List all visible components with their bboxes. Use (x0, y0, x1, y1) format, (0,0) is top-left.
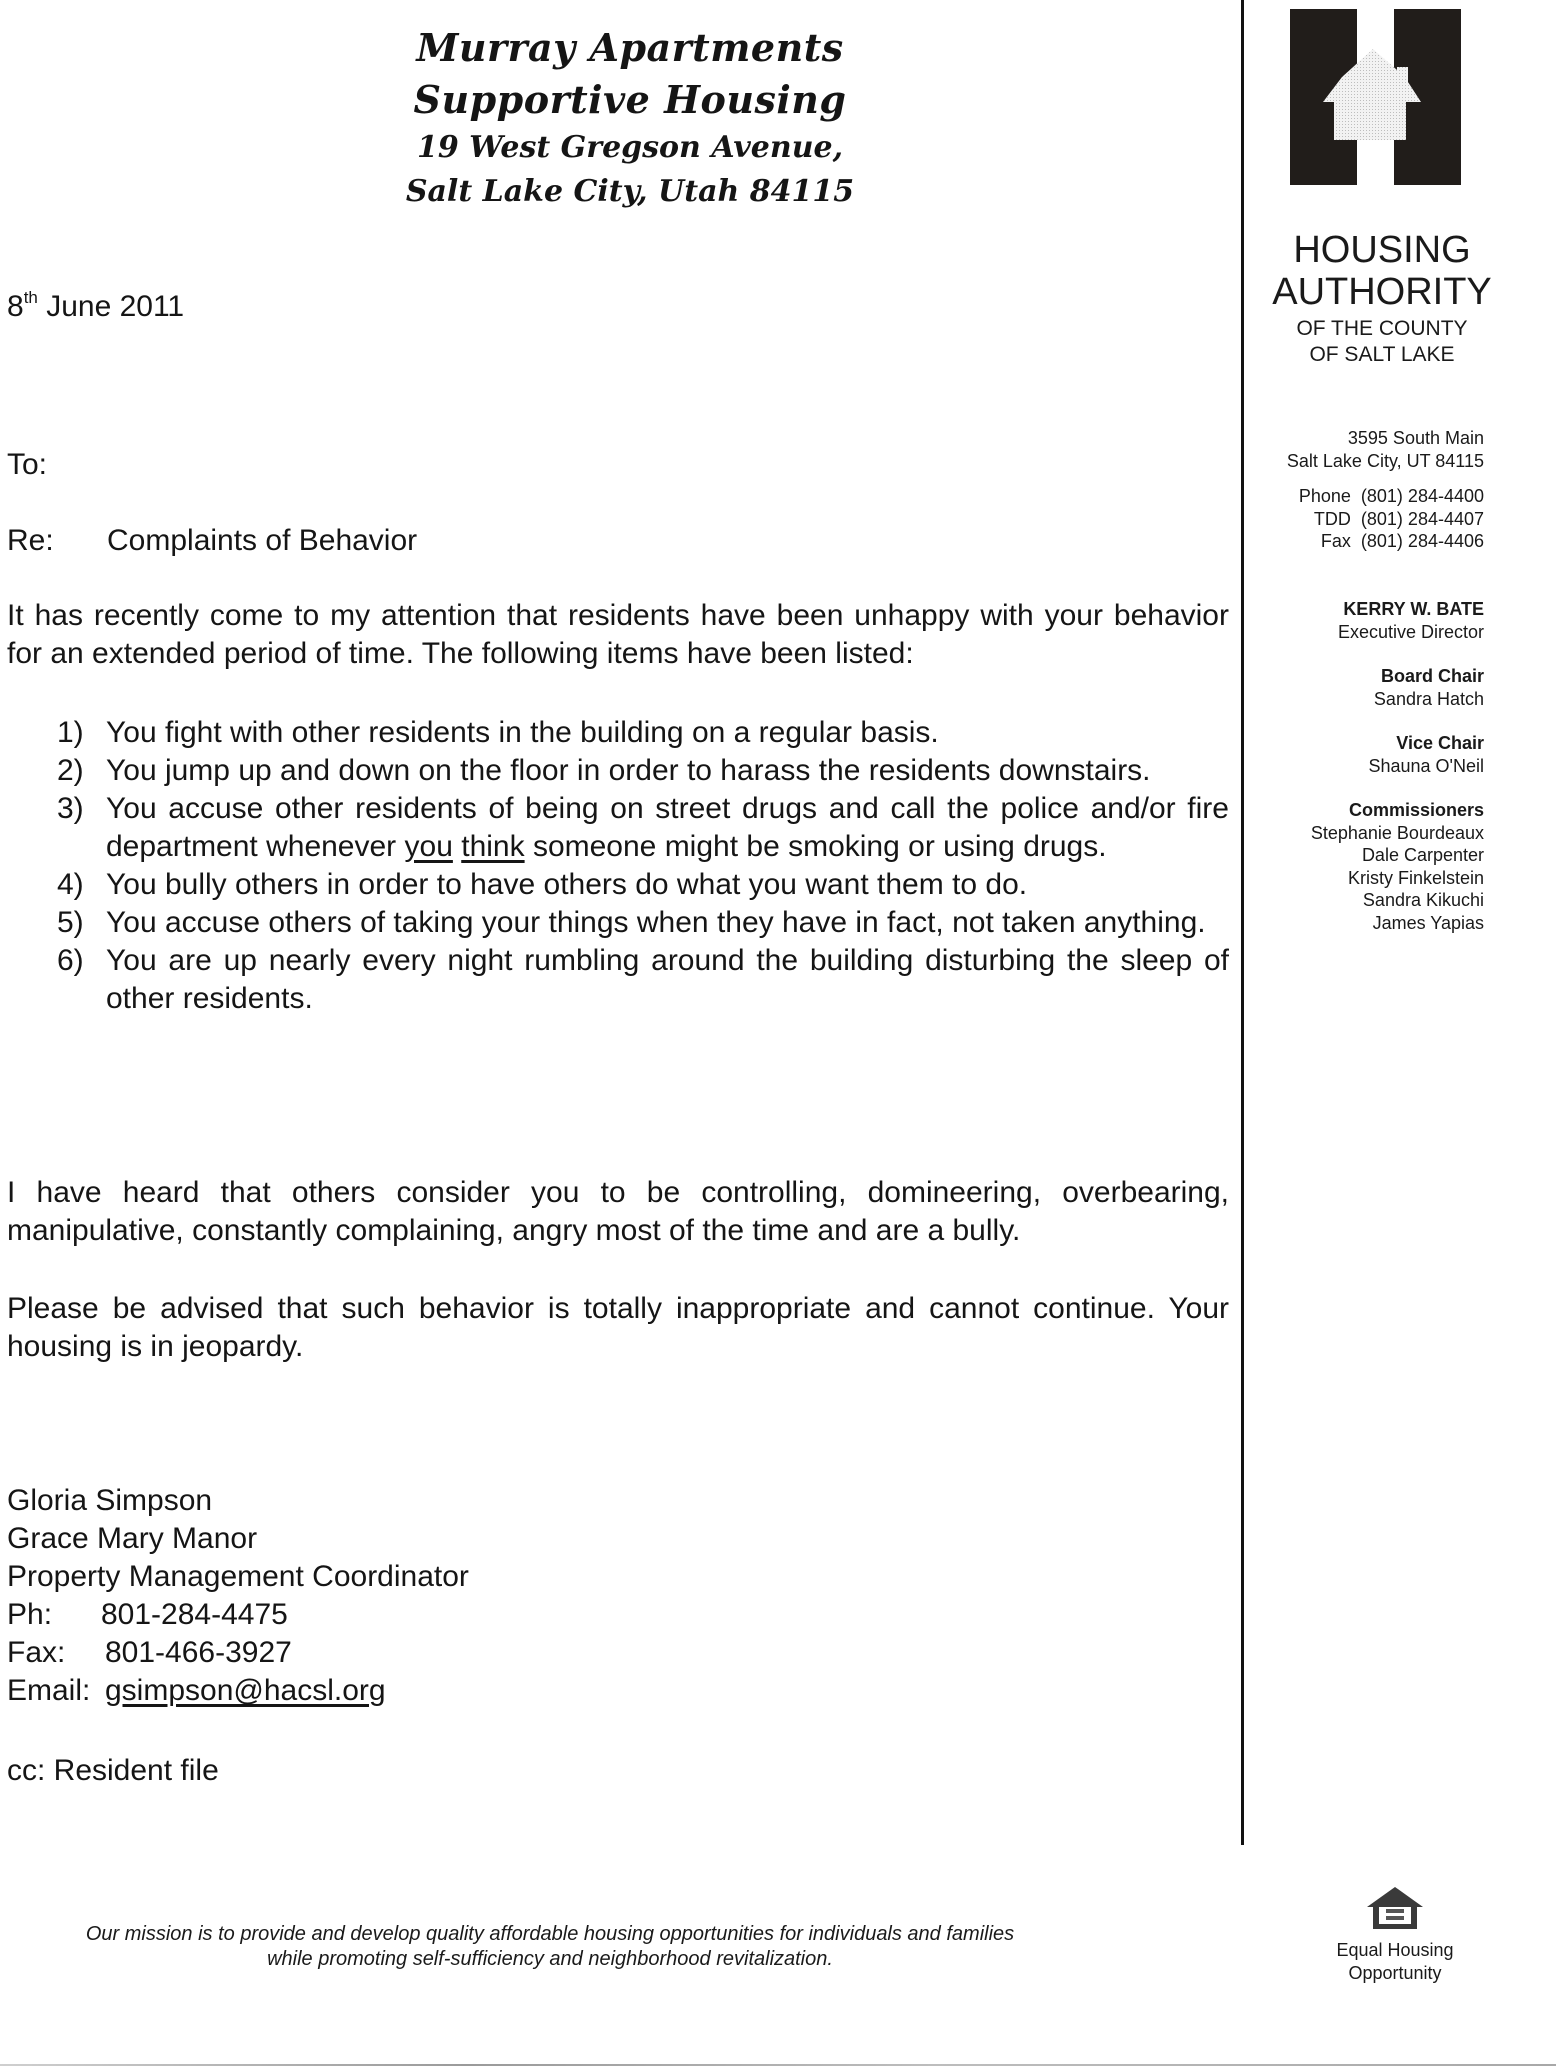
complaints-list: 1) You fight with other residents in the… (57, 714, 1229, 1018)
list-item: 1) You fight with other residents in the… (57, 714, 1229, 752)
phone-type-label: TDD (1314, 508, 1351, 531)
mission-statement: Our mission is to provide and develop qu… (30, 1922, 1070, 1972)
eho-line-1: Equal Housing (1310, 1939, 1480, 1962)
sidebar-commissioners: Commissioners Stephanie Bourdeaux Dale C… (1311, 799, 1484, 934)
to-line: To: (7, 446, 47, 484)
commissioner-name: Dale Carpenter (1311, 844, 1484, 867)
underlined-word-think: think (461, 830, 524, 863)
commissioner-name: Kristy Finkelstein (1311, 867, 1484, 890)
list-item: 4) You bully others in order to have oth… (57, 866, 1229, 904)
sidebar-title-salt-lake: OF SALT LAKE (1262, 342, 1502, 367)
list-item-number: 2) (57, 752, 106, 790)
phone-number: (801) 284-4400 (1361, 485, 1484, 508)
list-item-number: 1) (57, 714, 106, 752)
eho-line-2: Opportunity (1310, 1962, 1480, 1985)
list-item-number: 5) (57, 904, 106, 942)
executive-role: Executive Director (1338, 621, 1484, 644)
email-label: Email: (7, 1672, 105, 1710)
sidebar-phone-numbers: Phone(801) 284-4400 TDD(801) 284-4407 Fa… (1299, 485, 1484, 553)
list-item: 3) You accuse other residents of being o… (57, 790, 1229, 866)
phone-type-label: Phone (1299, 485, 1351, 508)
list-item-text: You fight with other residents in the bu… (106, 714, 1229, 752)
sidebar-address: 3595 South Main Salt Lake City, UT 84115 (1287, 427, 1484, 472)
list-item-text: You are up nearly every night rumbling a… (106, 942, 1229, 1018)
list-item-space (453, 830, 461, 863)
equal-housing-opportunity-icon (1363, 1885, 1427, 1933)
list-item-text: You accuse other residents of being on s… (106, 790, 1229, 866)
mission-line-1: Our mission is to provide and develop qu… (30, 1922, 1070, 1947)
commissioner-name: Stephanie Bourdeaux (1311, 822, 1484, 845)
executive-name: KERRY W. BATE (1338, 598, 1484, 621)
phone-number: (801) 284-4406 (1361, 530, 1484, 553)
signer-email-line: Email:gsimpson@hacsl.org (7, 1672, 469, 1710)
sidebar-fax-row: Fax(801) 284-4406 (1299, 530, 1484, 553)
commissioners-heading: Commissioners (1311, 799, 1484, 822)
intro-paragraph: It has recently come to my attention tha… (7, 597, 1229, 673)
phone-type-label: Fax (1321, 530, 1351, 553)
phone-number: (801) 284-4407 (1361, 508, 1484, 531)
sidebar-divider (1241, 0, 1244, 1845)
list-item-text-after: someone might be smoking or using drugs. (525, 830, 1107, 863)
date-suffix: th (24, 288, 38, 307)
sidebar-executive-director: KERRY W. BATE Executive Director (1338, 598, 1484, 643)
letter-date: 8th June 2011 (7, 288, 184, 326)
vice-chair-heading: Vice Chair (1368, 732, 1484, 755)
list-item-number: 4) (57, 866, 106, 904)
signer-title: Property Management Coordinator (7, 1558, 469, 1596)
re-label: Re: (7, 522, 107, 560)
board-chair-name: Sandra Hatch (1374, 688, 1484, 711)
sidebar-vice-chair: Vice Chair Shauna O'Neil (1368, 732, 1484, 777)
sidebar-title-authority: AUTHORITY (1262, 272, 1502, 312)
phone-label: Ph: (7, 1596, 101, 1634)
fax-label: Fax: (7, 1634, 105, 1672)
sidebar-tdd-row: TDD(801) 284-4407 (1299, 508, 1484, 531)
letterhead-street: 19 West Gregson Avenue, (370, 126, 890, 170)
list-item-text: You accuse others of taking your things … (106, 904, 1229, 942)
address-city: Salt Lake City, UT 84115 (1287, 450, 1484, 473)
letterhead-program-name: Supportive Housing (370, 74, 890, 126)
list-item-text: You jump up and down on the floor in ord… (106, 752, 1229, 790)
sidebar-title-housing: HOUSING (1262, 230, 1502, 270)
letterhead: Murray Apartments Supportive Housing 19 … (370, 22, 890, 214)
letterhead-city: Salt Lake City, Utah 84115 (370, 170, 890, 214)
list-item: 5) You accuse others of taking your thin… (57, 904, 1229, 942)
list-item-number: 6) (57, 942, 106, 1018)
fax-number: 801-466-3927 (105, 1636, 292, 1669)
cc-line: cc: Resident file (7, 1752, 219, 1790)
signer-phone-line: Ph:801-284-4475 (7, 1596, 469, 1634)
date-day: 8 (7, 290, 24, 323)
list-item-text: You bully others in order to have others… (106, 866, 1229, 904)
scan-edge-line (0, 2064, 1556, 2066)
housing-authority-logo-icon (1290, 9, 1461, 185)
vice-chair-name: Shauna O'Neil (1368, 755, 1484, 778)
list-item-number: 3) (57, 790, 106, 866)
sidebar-board-chair: Board Chair Sandra Hatch (1374, 665, 1484, 710)
date-rest: June 2011 (46, 290, 184, 323)
list-item: 2) You jump up and down on the floor in … (57, 752, 1229, 790)
list-item: 6) You are up nearly every night rumblin… (57, 942, 1229, 1018)
commissioner-name: James Yapias (1311, 912, 1484, 935)
sidebar-title-county: OF THE COUNTY (1262, 316, 1502, 341)
re-subject: Complaints of Behavior (107, 524, 417, 557)
signer-fax-line: Fax:801-466-3927 (7, 1634, 469, 1672)
commissioner-name: Sandra Kikuchi (1311, 889, 1484, 912)
signer-name: Gloria Simpson (7, 1482, 469, 1520)
board-chair-heading: Board Chair (1374, 665, 1484, 688)
sidebar-phone-row: Phone(801) 284-4400 (1299, 485, 1484, 508)
mission-line-2: while promoting self-sufficiency and nei… (30, 1947, 1070, 1972)
email-link[interactable]: gsimpson@hacsl.org (105, 1674, 386, 1707)
underlined-word-you: you (405, 830, 453, 863)
signature-block: Gloria Simpson Grace Mary Manor Property… (7, 1482, 469, 1710)
letterhead-org-name: Murray Apartments (370, 22, 890, 74)
re-line: Re:Complaints of Behavior (7, 522, 417, 560)
signer-property: Grace Mary Manor (7, 1520, 469, 1558)
to-label: To: (7, 448, 47, 481)
address-street: 3595 South Main (1287, 427, 1484, 450)
characterization-paragraph: I have heard that others consider you to… (7, 1174, 1229, 1250)
equal-housing-opportunity-label: Equal Housing Opportunity (1310, 1939, 1480, 1985)
phone-number: 801-284-4475 (101, 1598, 288, 1631)
warning-paragraph: Please be advised that such behavior is … (7, 1290, 1229, 1366)
